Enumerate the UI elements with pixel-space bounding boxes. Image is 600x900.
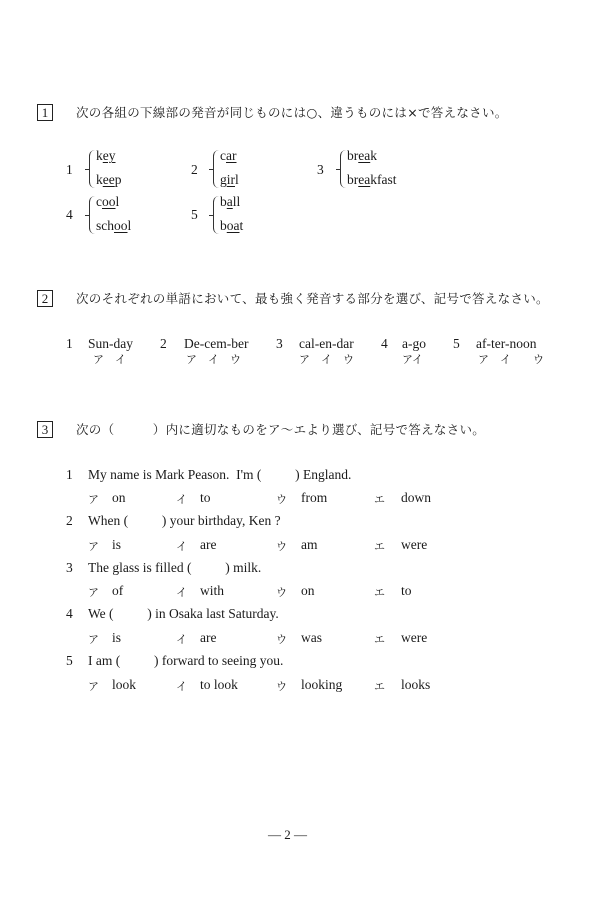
choice-key: ア	[88, 491, 99, 507]
choice-text: is	[112, 537, 121, 553]
choice-text: down	[401, 490, 431, 506]
choice-text: to	[200, 490, 211, 506]
choice-text: of	[112, 583, 123, 599]
choice-text: looking	[301, 677, 342, 693]
choice-key: イ	[176, 631, 187, 647]
s3-choice-row: ア on イ to ウ from エ down	[88, 490, 448, 508]
s2-syllable-labels: ア イ	[93, 351, 126, 367]
s1-word: cool	[96, 194, 119, 210]
s2-syllable-labels: ア イ ウ	[478, 351, 544, 367]
s3-item-number: 4	[66, 606, 73, 622]
page-number: — 2 —	[268, 827, 307, 843]
s3-item-number: 1	[66, 467, 73, 483]
section-2-instruction: 次のそれぞれの単語において、最も強く発音する部分を選び、記号で答えなさい。	[76, 289, 549, 307]
s1-word: keep	[96, 172, 121, 188]
section-number-box: 1	[37, 104, 53, 121]
choice-key: ウ	[276, 491, 287, 507]
s3-choice-row: ア is イ are ウ am エ were	[88, 537, 448, 555]
s1-word: girl	[220, 172, 239, 188]
choice-text: to look	[200, 677, 238, 693]
choice-key: イ	[176, 584, 187, 600]
s2-word: De-cem-ber	[184, 336, 248, 352]
choice-text: were	[401, 630, 427, 646]
choice-text: is	[112, 630, 121, 646]
brace-icon	[213, 150, 220, 188]
s1-word: school	[96, 218, 131, 234]
s3-question: I am ( ) forward to seeing you.	[88, 653, 283, 669]
choice-key: エ	[374, 678, 385, 694]
brace-icon	[89, 196, 96, 234]
choice-key: イ	[176, 678, 187, 694]
brace-icon	[89, 150, 96, 188]
choice-text: am	[301, 537, 318, 553]
s1-item-number: 1	[66, 162, 73, 178]
s3-question: My name is Mark Peason. I'm ( ) England.	[88, 467, 351, 483]
s2-item-number: 1	[66, 336, 73, 352]
s2-word: cal-en-dar	[299, 336, 354, 352]
choice-key: エ	[374, 631, 385, 647]
s3-question: When ( ) your birthday, Ken ?	[88, 513, 281, 529]
section-1-instruction: 次の各組の下線部の発音が同じものには○、違うものには×で答えなさい。	[76, 103, 508, 121]
s1-word: car	[220, 148, 237, 164]
s3-choice-row: ア look イ to look ウ looking エ looks	[88, 677, 448, 695]
s1-word: break	[347, 148, 377, 164]
section-1-header: 1	[37, 102, 53, 121]
s1-item-number: 5	[191, 207, 198, 223]
s2-item-number: 5	[453, 336, 460, 352]
brace-icon	[213, 196, 220, 234]
s1-item-number: 2	[191, 162, 198, 178]
choice-text: look	[112, 677, 136, 693]
choice-key: エ	[374, 491, 385, 507]
brace-icon	[340, 150, 347, 188]
s2-item-number: 4	[381, 336, 388, 352]
choice-key: ア	[88, 538, 99, 554]
section-number-box: 2	[37, 290, 53, 307]
choice-text: looks	[401, 677, 430, 693]
s2-word: af-ter-noon	[476, 336, 536, 352]
s1-item-number: 4	[66, 207, 73, 223]
choice-text: are	[200, 537, 216, 553]
choice-key: ア	[88, 631, 99, 647]
choice-text: were	[401, 537, 427, 553]
s3-choice-row: ア is イ are ウ was エ were	[88, 630, 448, 648]
s2-syllable-labels: ア イ ウ	[299, 351, 354, 367]
choice-key: ア	[88, 584, 99, 600]
s1-word: key	[96, 148, 116, 164]
choice-key: イ	[176, 538, 187, 554]
choice-key: ウ	[276, 538, 287, 554]
choice-key: エ	[374, 538, 385, 554]
choice-key: ウ	[276, 631, 287, 647]
choice-key: ウ	[276, 584, 287, 600]
s3-item-number: 3	[66, 560, 73, 576]
s3-question: The glass is filled ( ) milk.	[88, 560, 261, 576]
choice-text: with	[200, 583, 224, 599]
choice-text: are	[200, 630, 216, 646]
s2-syllable-labels: ア イ ウ	[186, 351, 241, 367]
choice-key: ア	[88, 678, 99, 694]
s2-item-number: 2	[160, 336, 167, 352]
s1-item-number: 3	[317, 162, 324, 178]
s2-syllable-labels: アイ	[402, 351, 423, 367]
choice-key: ウ	[276, 678, 287, 694]
s3-choice-row: ア of イ with ウ on エ to	[88, 583, 448, 601]
s1-word: ball	[220, 194, 240, 210]
section-3-header: 3	[37, 419, 53, 438]
choice-key: エ	[374, 584, 385, 600]
choice-text: from	[301, 490, 327, 506]
choice-key: イ	[176, 491, 187, 507]
s1-word: boat	[220, 218, 243, 234]
choice-text: on	[301, 583, 315, 599]
choice-text: on	[112, 490, 126, 506]
s3-item-number: 2	[66, 513, 73, 529]
s1-word: breakfast	[347, 172, 396, 188]
section-2-header: 2	[37, 288, 53, 307]
s3-item-number: 5	[66, 653, 73, 669]
section-number-box: 3	[37, 421, 53, 438]
s3-question: We ( ) in Osaka last Saturday.	[88, 606, 279, 622]
s2-item-number: 3	[276, 336, 283, 352]
choice-text: was	[301, 630, 322, 646]
s2-word: a-go	[402, 336, 426, 352]
section-3-instruction: 次の（ ）内に適切なものをア～エより選び、記号で答えなさい。	[76, 420, 485, 438]
s2-word: Sun-day	[88, 336, 133, 352]
choice-text: to	[401, 583, 412, 599]
